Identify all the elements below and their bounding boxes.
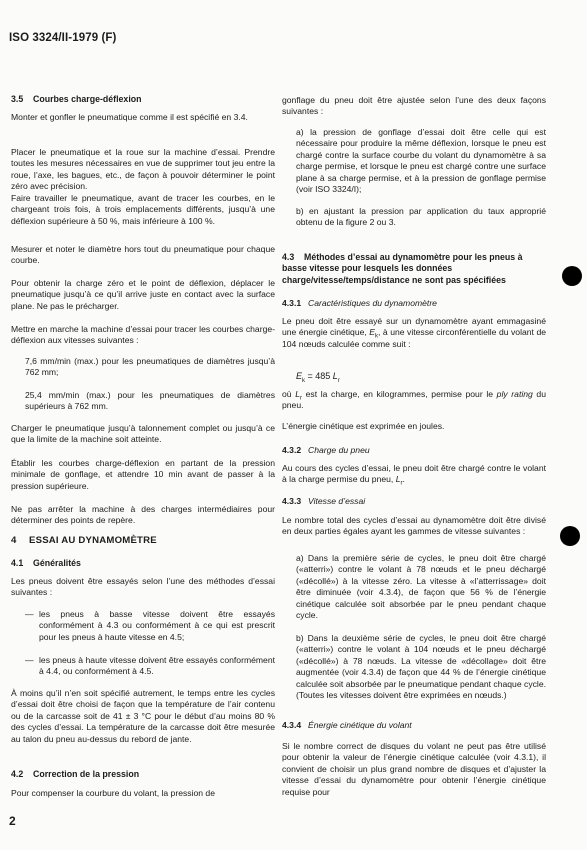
paragraph: L’énergie cinétique est exprimée en joul… xyxy=(282,421,546,432)
list-item: a) Dans la première série de cycles, le … xyxy=(282,553,546,621)
formula: Ek = 485 Lr xyxy=(282,371,546,382)
paragraph: où Lr est la charge, en kilogrammes, per… xyxy=(282,389,546,412)
list-item: — les pneus à basse vitesse doivent être… xyxy=(11,609,275,643)
paragraph: Mettre en marche la machine d’essai pour… xyxy=(11,324,275,347)
list-item: — les pneus à haute vitesse doivent être… xyxy=(11,655,275,678)
paragraph: Les pneus doivent être essayés selon l’u… xyxy=(11,576,275,599)
paragraph: Charger le pneumatique jusqu’à talonneme… xyxy=(11,423,275,446)
paragraph: Établir les courbes charge-déflexion en … xyxy=(11,458,275,492)
heading-3-5: 3.5Courbes charge-déflexion xyxy=(11,94,275,105)
paragraph: À moins qu’il n’en soit spécifié autreme… xyxy=(11,688,275,745)
list-item: b) Dans la deuxième série de cycles, le … xyxy=(282,633,546,701)
heading-4-3-4: 4.3.4Énergie cinétique du volant xyxy=(282,720,546,731)
punch-hole xyxy=(562,266,582,286)
dash-bullet: — xyxy=(25,655,39,678)
document-id: ISO 3324/II-1979 (F) xyxy=(9,33,116,44)
punch-hole xyxy=(560,526,580,546)
list-item: a) la pression de gonflage d’essai doit … xyxy=(282,127,546,195)
list-item: 25,4 mm/min (max.) pour les pneumatiques… xyxy=(11,390,275,413)
paragraph: Le pneu doit être essayé sur un dynamomè… xyxy=(282,316,546,350)
heading-4-3-2: 4.3.2Charge du pneu xyxy=(282,445,546,456)
heading-4-3-3: 4.3.3Vitesse d’essai xyxy=(282,496,546,507)
heading-4-1: 4.1Généralités xyxy=(11,558,275,569)
dash-bullet: — xyxy=(25,609,39,643)
heading-4-2: 4.2Correction de la pression xyxy=(11,769,275,780)
heading-4-3-1: 4.3.1Caractéristiques du dynamomètre xyxy=(282,298,546,309)
paragraph: Faire travailler le pneumatique, avant d… xyxy=(11,193,275,227)
heading-4-3: 4.3Méthodes d’essai au dynamomètre pour … xyxy=(282,252,546,286)
page-number: 2 xyxy=(9,816,16,827)
list-item: 7,6 mm/min (max.) pour les pneumatiques … xyxy=(11,356,275,379)
paragraph: Ne pas arrêter la machine à des charges … xyxy=(11,504,275,527)
list-item: b) en ajustant la pression par applicati… xyxy=(282,206,546,229)
paragraph: Au cours des cycles d’essai, le pneu doi… xyxy=(282,463,546,486)
heading-4: 4ESSAI AU DYNAMOMÈTRE xyxy=(11,535,275,546)
paragraph: gonflage du pneu doit être ajustée selon… xyxy=(282,95,546,118)
paragraph: Placer le pneumatique et la roue sur la … xyxy=(11,147,275,193)
paragraph: Pour obtenir la charge zéro et le point … xyxy=(11,278,275,312)
paragraph: Mesurer et noter le diamètre hors tout d… xyxy=(11,244,275,267)
paragraph: Si le nombre correct de disques du volan… xyxy=(282,741,546,798)
paragraph: Le nombre total des cycles d’essai au dy… xyxy=(282,515,546,538)
paragraph: Monter et gonfler le pneumatique comme i… xyxy=(11,112,275,123)
paragraph: Pour compenser la courbure du volant, la… xyxy=(11,788,275,799)
